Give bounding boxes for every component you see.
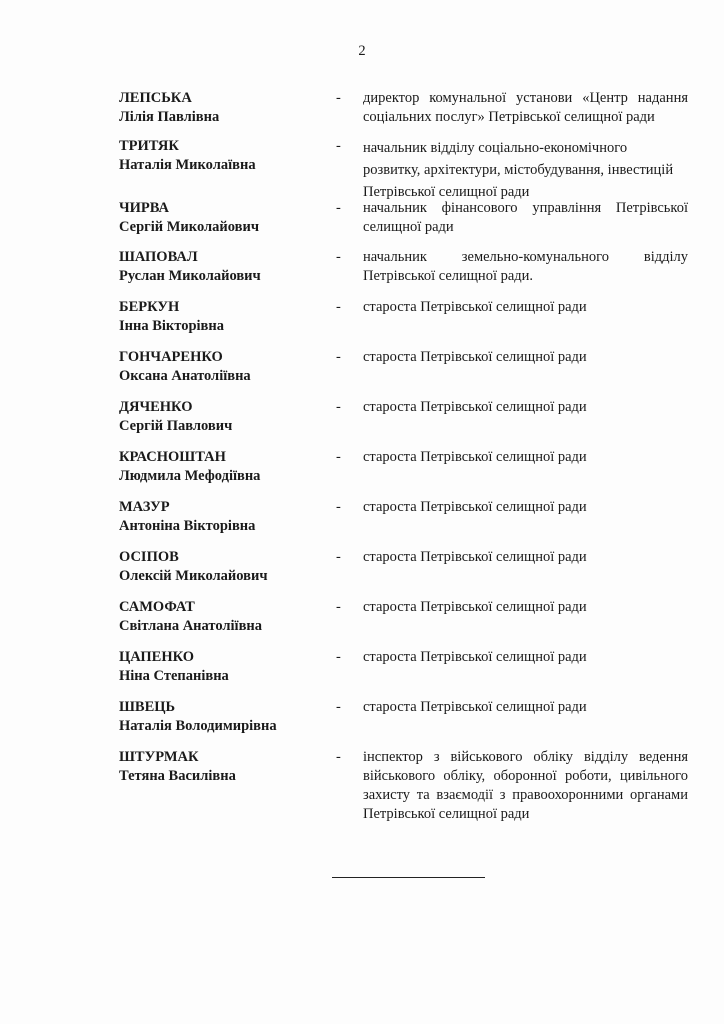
person-name: КРАСНОШТАНЛюдмила Мефодіївна: [119, 448, 329, 486]
given-names: Руслан Миколайович: [119, 267, 329, 286]
surname: ДЯЧЕНКО: [119, 398, 329, 417]
position-description: староста Петрівської селищної ради: [363, 498, 688, 517]
person-name: ШАПОВАЛРуслан Миколайович: [119, 248, 329, 286]
given-names: Сергій Миколайович: [119, 218, 329, 237]
given-names: Інна Вікторівна: [119, 317, 329, 336]
position-description: староста Петрівської селищної ради: [363, 598, 688, 617]
position-description: директор комунальної установи «Центр над…: [363, 89, 688, 127]
separator-dash: -: [336, 89, 341, 108]
separator-dash: -: [336, 548, 341, 567]
person-name: САМОФАТСвітлана Анатоліївна: [119, 598, 329, 636]
position-line: староста Петрівської селищної ради: [363, 548, 688, 567]
position-description: староста Петрівської селищної ради: [363, 448, 688, 467]
surname: ОСІПОВ: [119, 548, 329, 567]
surname: ШТУРМАК: [119, 748, 329, 767]
person-name: БЕРКУНІнна Вікторівна: [119, 298, 329, 336]
position-description: інспектор з військового обліку відділу в…: [363, 748, 688, 824]
position-description: начальник земельно-комунального відділуП…: [363, 248, 688, 286]
person-name: МАЗУРАнтоніна Вікторівна: [119, 498, 329, 536]
separator-dash: -: [336, 748, 341, 767]
given-names: Ніна Степанівна: [119, 667, 329, 686]
given-names: Тетяна Василівна: [119, 767, 329, 786]
position-line: інспектор з військового обліку відділу в…: [363, 748, 688, 767]
position-description: староста Петрівської селищної ради: [363, 548, 688, 567]
person-name: ШТУРМАКТетяна Василівна: [119, 748, 329, 786]
separator-dash: -: [336, 348, 341, 367]
separator-dash: -: [336, 448, 341, 467]
separator-dash: -: [336, 498, 341, 517]
position-line: староста Петрівської селищної ради: [363, 348, 688, 367]
position-line: директор комунальної установи «Центр над…: [363, 89, 688, 108]
person-name: ЧИРВАСергій Миколайович: [119, 199, 329, 237]
position-line: захисту та взаємодії з правоохоронними о…: [363, 786, 688, 805]
given-names: Лілія Павлівна: [119, 108, 329, 127]
surname: ЧИРВА: [119, 199, 329, 218]
position-description: староста Петрівської селищної ради: [363, 698, 688, 717]
surname: БЕРКУН: [119, 298, 329, 317]
separator-dash: -: [336, 698, 341, 717]
given-names: Антоніна Вікторівна: [119, 517, 329, 536]
position-line: староста Петрівської селищної ради: [363, 648, 688, 667]
given-names: Світлана Анатоліївна: [119, 617, 329, 636]
surname: ЦАПЕНКО: [119, 648, 329, 667]
position-line: староста Петрівської селищної ради: [363, 598, 688, 617]
person-name: ЦАПЕНКОНіна Степанівна: [119, 648, 329, 686]
position-line: соціальних послуг» Петрівської селищної …: [363, 108, 688, 127]
given-names: Сергій Павлович: [119, 417, 329, 436]
surname: МАЗУР: [119, 498, 329, 517]
position-line: староста Петрівської селищної ради: [363, 298, 688, 317]
surname: ГОНЧАРЕНКО: [119, 348, 329, 367]
position-line: староста Петрівської селищної ради: [363, 698, 688, 717]
surname: ЛЕПСЬКА: [119, 89, 329, 108]
closing-line: [332, 877, 485, 878]
separator-dash: -: [336, 199, 341, 218]
position-description: староста Петрівської селищної ради: [363, 298, 688, 317]
given-names: Наталія Володимирівна: [119, 717, 329, 736]
surname: КРАСНОШТАН: [119, 448, 329, 467]
surname: ШВЕЦЬ: [119, 698, 329, 717]
position-line: Петрівської селищної ради.: [363, 267, 688, 286]
given-names: Людмила Мефодіївна: [119, 467, 329, 486]
surname: САМОФАТ: [119, 598, 329, 617]
position-line: староста Петрівської селищної ради: [363, 498, 688, 517]
page-number: 2: [0, 43, 724, 60]
position-description: начальник фінансового управління Петрівс…: [363, 199, 688, 237]
separator-dash: -: [336, 248, 341, 267]
separator-dash: -: [336, 648, 341, 667]
separator-dash: -: [336, 398, 341, 417]
position-description: староста Петрівської селищної ради: [363, 398, 688, 417]
separator-dash: -: [336, 298, 341, 317]
given-names: Оксана Анатоліївна: [119, 367, 329, 386]
surname: ШАПОВАЛ: [119, 248, 329, 267]
separator-dash: -: [336, 137, 341, 156]
person-name: ДЯЧЕНКОСергій Павлович: [119, 398, 329, 436]
position-line: начальник земельно-комунального відділу: [363, 248, 688, 267]
position-description: староста Петрівської селищної ради: [363, 648, 688, 667]
position-line: розвитку, архітектури, містобудування, і…: [363, 159, 688, 181]
person-name: ТРИТЯКНаталія Миколаївна: [119, 137, 329, 175]
person-name: ГОНЧАРЕНКООксана Анатоліївна: [119, 348, 329, 386]
position-line: староста Петрівської селищної ради: [363, 398, 688, 417]
given-names: Наталія Миколаївна: [119, 156, 329, 175]
position-line: військового обліку, оборонної роботи, ци…: [363, 767, 688, 786]
position-line: начальник фінансового управління Петрівс…: [363, 199, 688, 218]
person-name: ЛЕПСЬКАЛілія Павлівна: [119, 89, 329, 127]
position-description: староста Петрівської селищної ради: [363, 348, 688, 367]
position-description: начальник відділу соціально-економічного…: [363, 137, 688, 203]
surname: ТРИТЯК: [119, 137, 329, 156]
position-line: Петрівської селищної ради: [363, 805, 688, 824]
given-names: Олексій Миколайович: [119, 567, 329, 586]
position-line: староста Петрівської селищної ради: [363, 448, 688, 467]
separator-dash: -: [336, 598, 341, 617]
person-name: ШВЕЦЬНаталія Володимирівна: [119, 698, 329, 736]
position-line: начальник відділу соціально-економічного: [363, 137, 688, 159]
person-name: ОСІПОВОлексій Миколайович: [119, 548, 329, 586]
position-line: селищної ради: [363, 218, 688, 237]
